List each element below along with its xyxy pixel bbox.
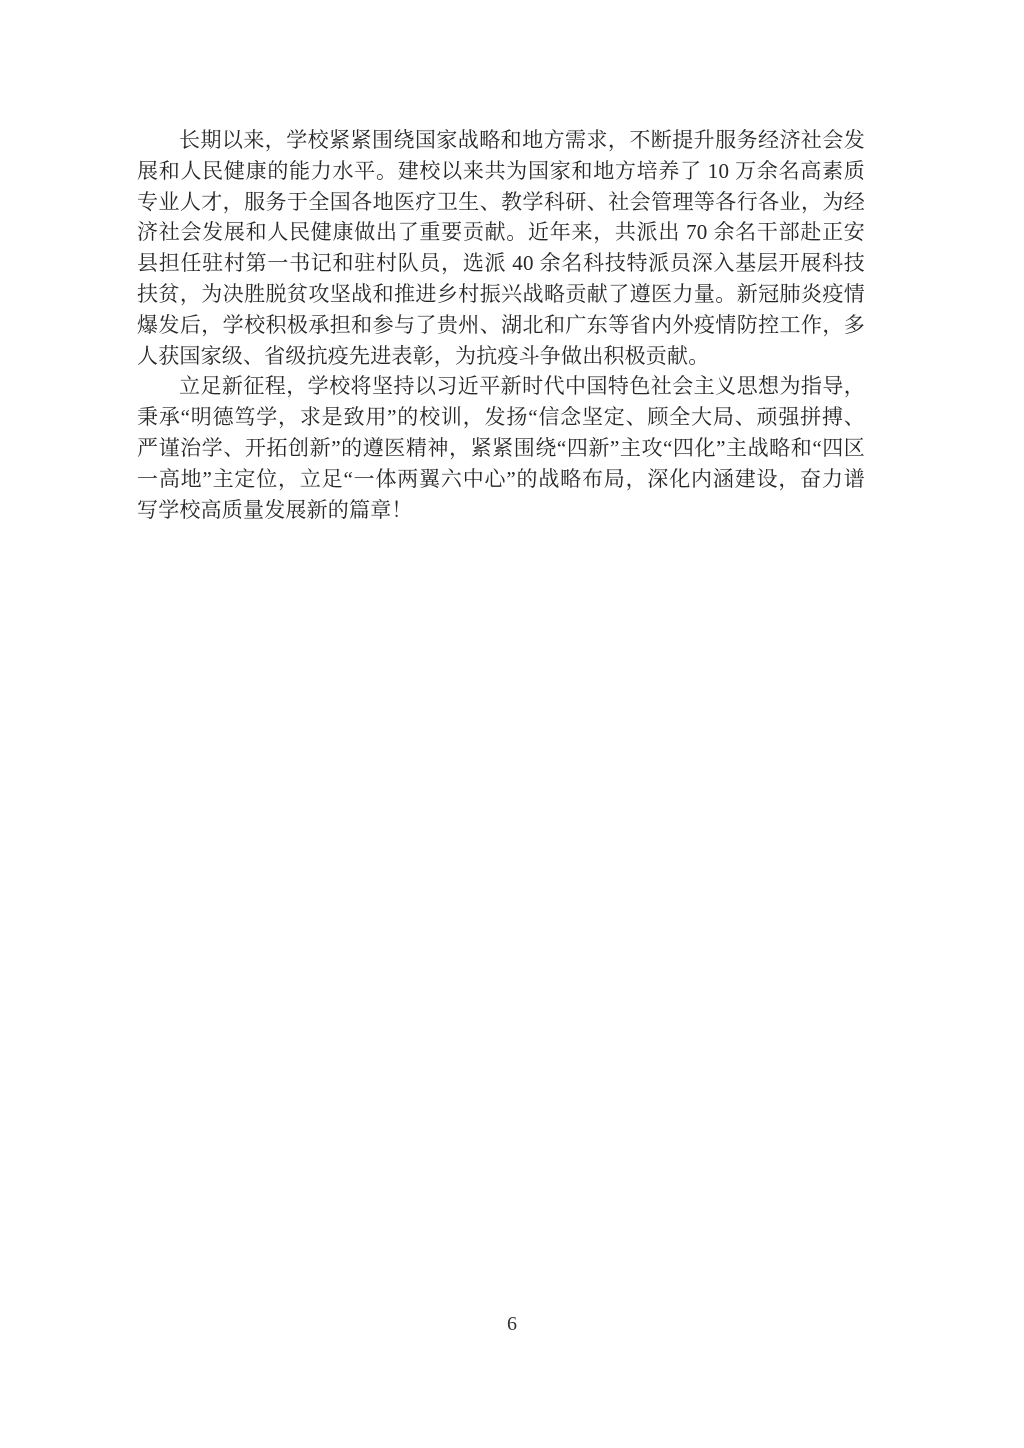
paragraph-future-outlook: 立足新征程，学校将坚持以习近平新时代中国特色社会主义思想为指导，秉承“明德笃学，… bbox=[137, 371, 865, 525]
document-page: 长期以来，学校紧紧围绕国家战略和地方需求，不断提升服务经济社会发展和人民健康的能… bbox=[0, 0, 1024, 1448]
document-body: 长期以来，学校紧紧围绕国家战略和地方需求，不断提升服务经济社会发展和人民健康的能… bbox=[137, 125, 865, 525]
paragraph-service-contributions: 长期以来，学校紧紧围绕国家战略和地方需求，不断提升服务经济社会发展和人民健康的能… bbox=[137, 125, 865, 371]
page-footer: 6 bbox=[0, 1313, 1024, 1336]
page-number: 6 bbox=[507, 1313, 517, 1335]
